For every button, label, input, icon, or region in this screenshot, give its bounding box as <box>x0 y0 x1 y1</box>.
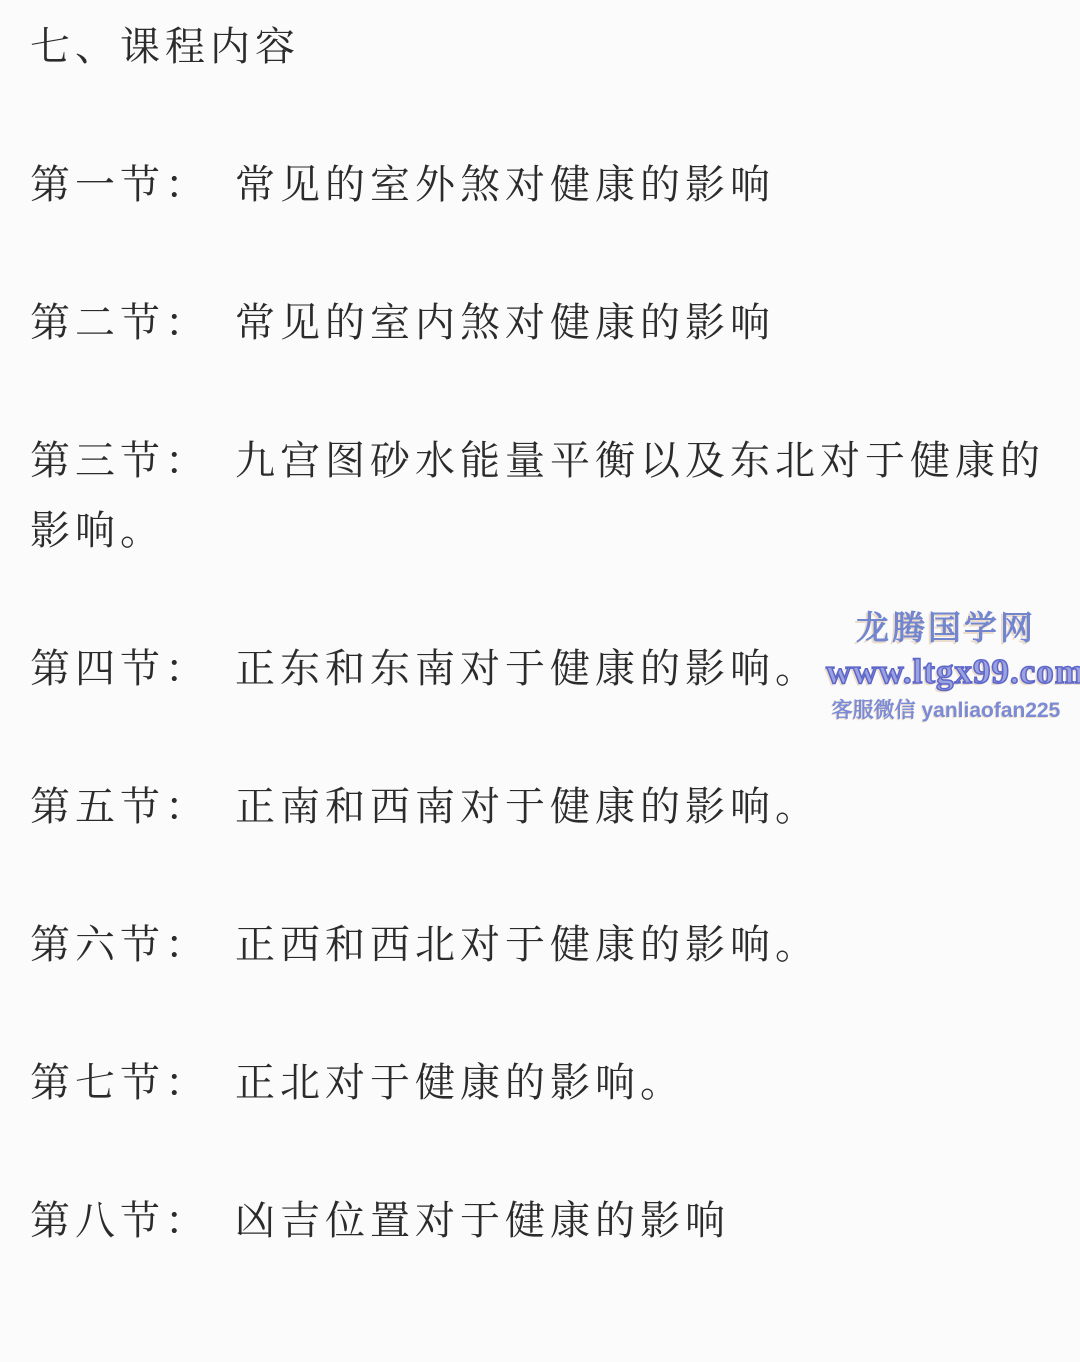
document-page: 七、课程内容 第一节： 常见的室外煞对健康的影响 第二节： 常见的室内煞对健康的… <box>0 0 1080 1362</box>
section-item-3: 第三节： 九宫图砂水能量平衡以及东北对于健康的影响。 <box>30 426 1054 566</box>
section-item-8: 第八节： 凶吉位置对于健康的影响 <box>30 1186 1054 1256</box>
section-item-7: 第七节： 正北对于健康的影响。 <box>30 1048 1054 1118</box>
section-item-6: 第六节： 正西和西北对于健康的影响。 <box>30 910 1054 980</box>
section-item-2: 第二节： 常见的室内煞对健康的影响 <box>30 288 1054 358</box>
section-item-5: 第五节： 正南和西南对于健康的影响。 <box>30 772 1054 842</box>
page-title: 七、课程内容 <box>30 12 1054 82</box>
section-item-1: 第一节： 常见的室外煞对健康的影响 <box>30 150 1054 220</box>
section-item-4: 第四节： 正东和东南对于健康的影响。 <box>30 634 1054 704</box>
